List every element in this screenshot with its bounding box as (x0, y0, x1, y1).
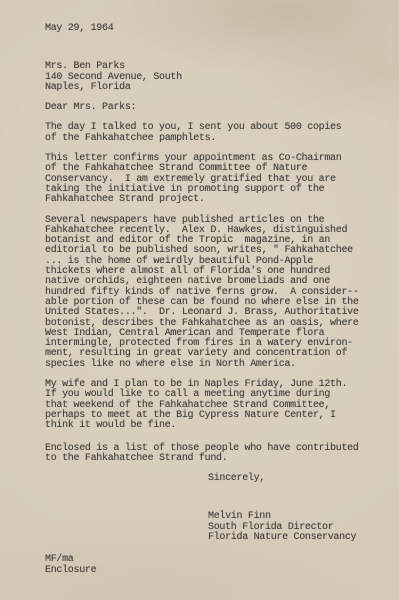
paragraph-enclosed-list: Enclosed is a list of those people who h… (45, 444, 375, 465)
signature-block: Melvin Finn South Florida Director Flori… (208, 512, 375, 543)
letter-content: May 29, 1964 Mrs. Ben Parks 140 Second A… (45, 24, 375, 576)
letter-page: May 29, 1964 Mrs. Ben Parks 140 Second A… (0, 0, 399, 600)
letter-date: May 29, 1964 (45, 24, 375, 34)
recipient-address: Mrs. Ben Parks 140 Second Avenue, South … (45, 62, 375, 93)
paragraph-naples-visit: My wife and I plan to be in Naples Frida… (45, 380, 375, 431)
paragraph-pamphlets: The day I talked to you, I sent you abou… (45, 123, 375, 144)
salutation: Dear Mrs. Parks: (45, 103, 375, 113)
paragraph-appointment: This letter confirms your appointment as… (45, 154, 375, 205)
paragraph-newspapers: Several newspapers have published articl… (45, 216, 375, 370)
enclosure-note: Enclosure (45, 566, 375, 576)
closing-sincerely: Sincerely, (208, 474, 375, 484)
